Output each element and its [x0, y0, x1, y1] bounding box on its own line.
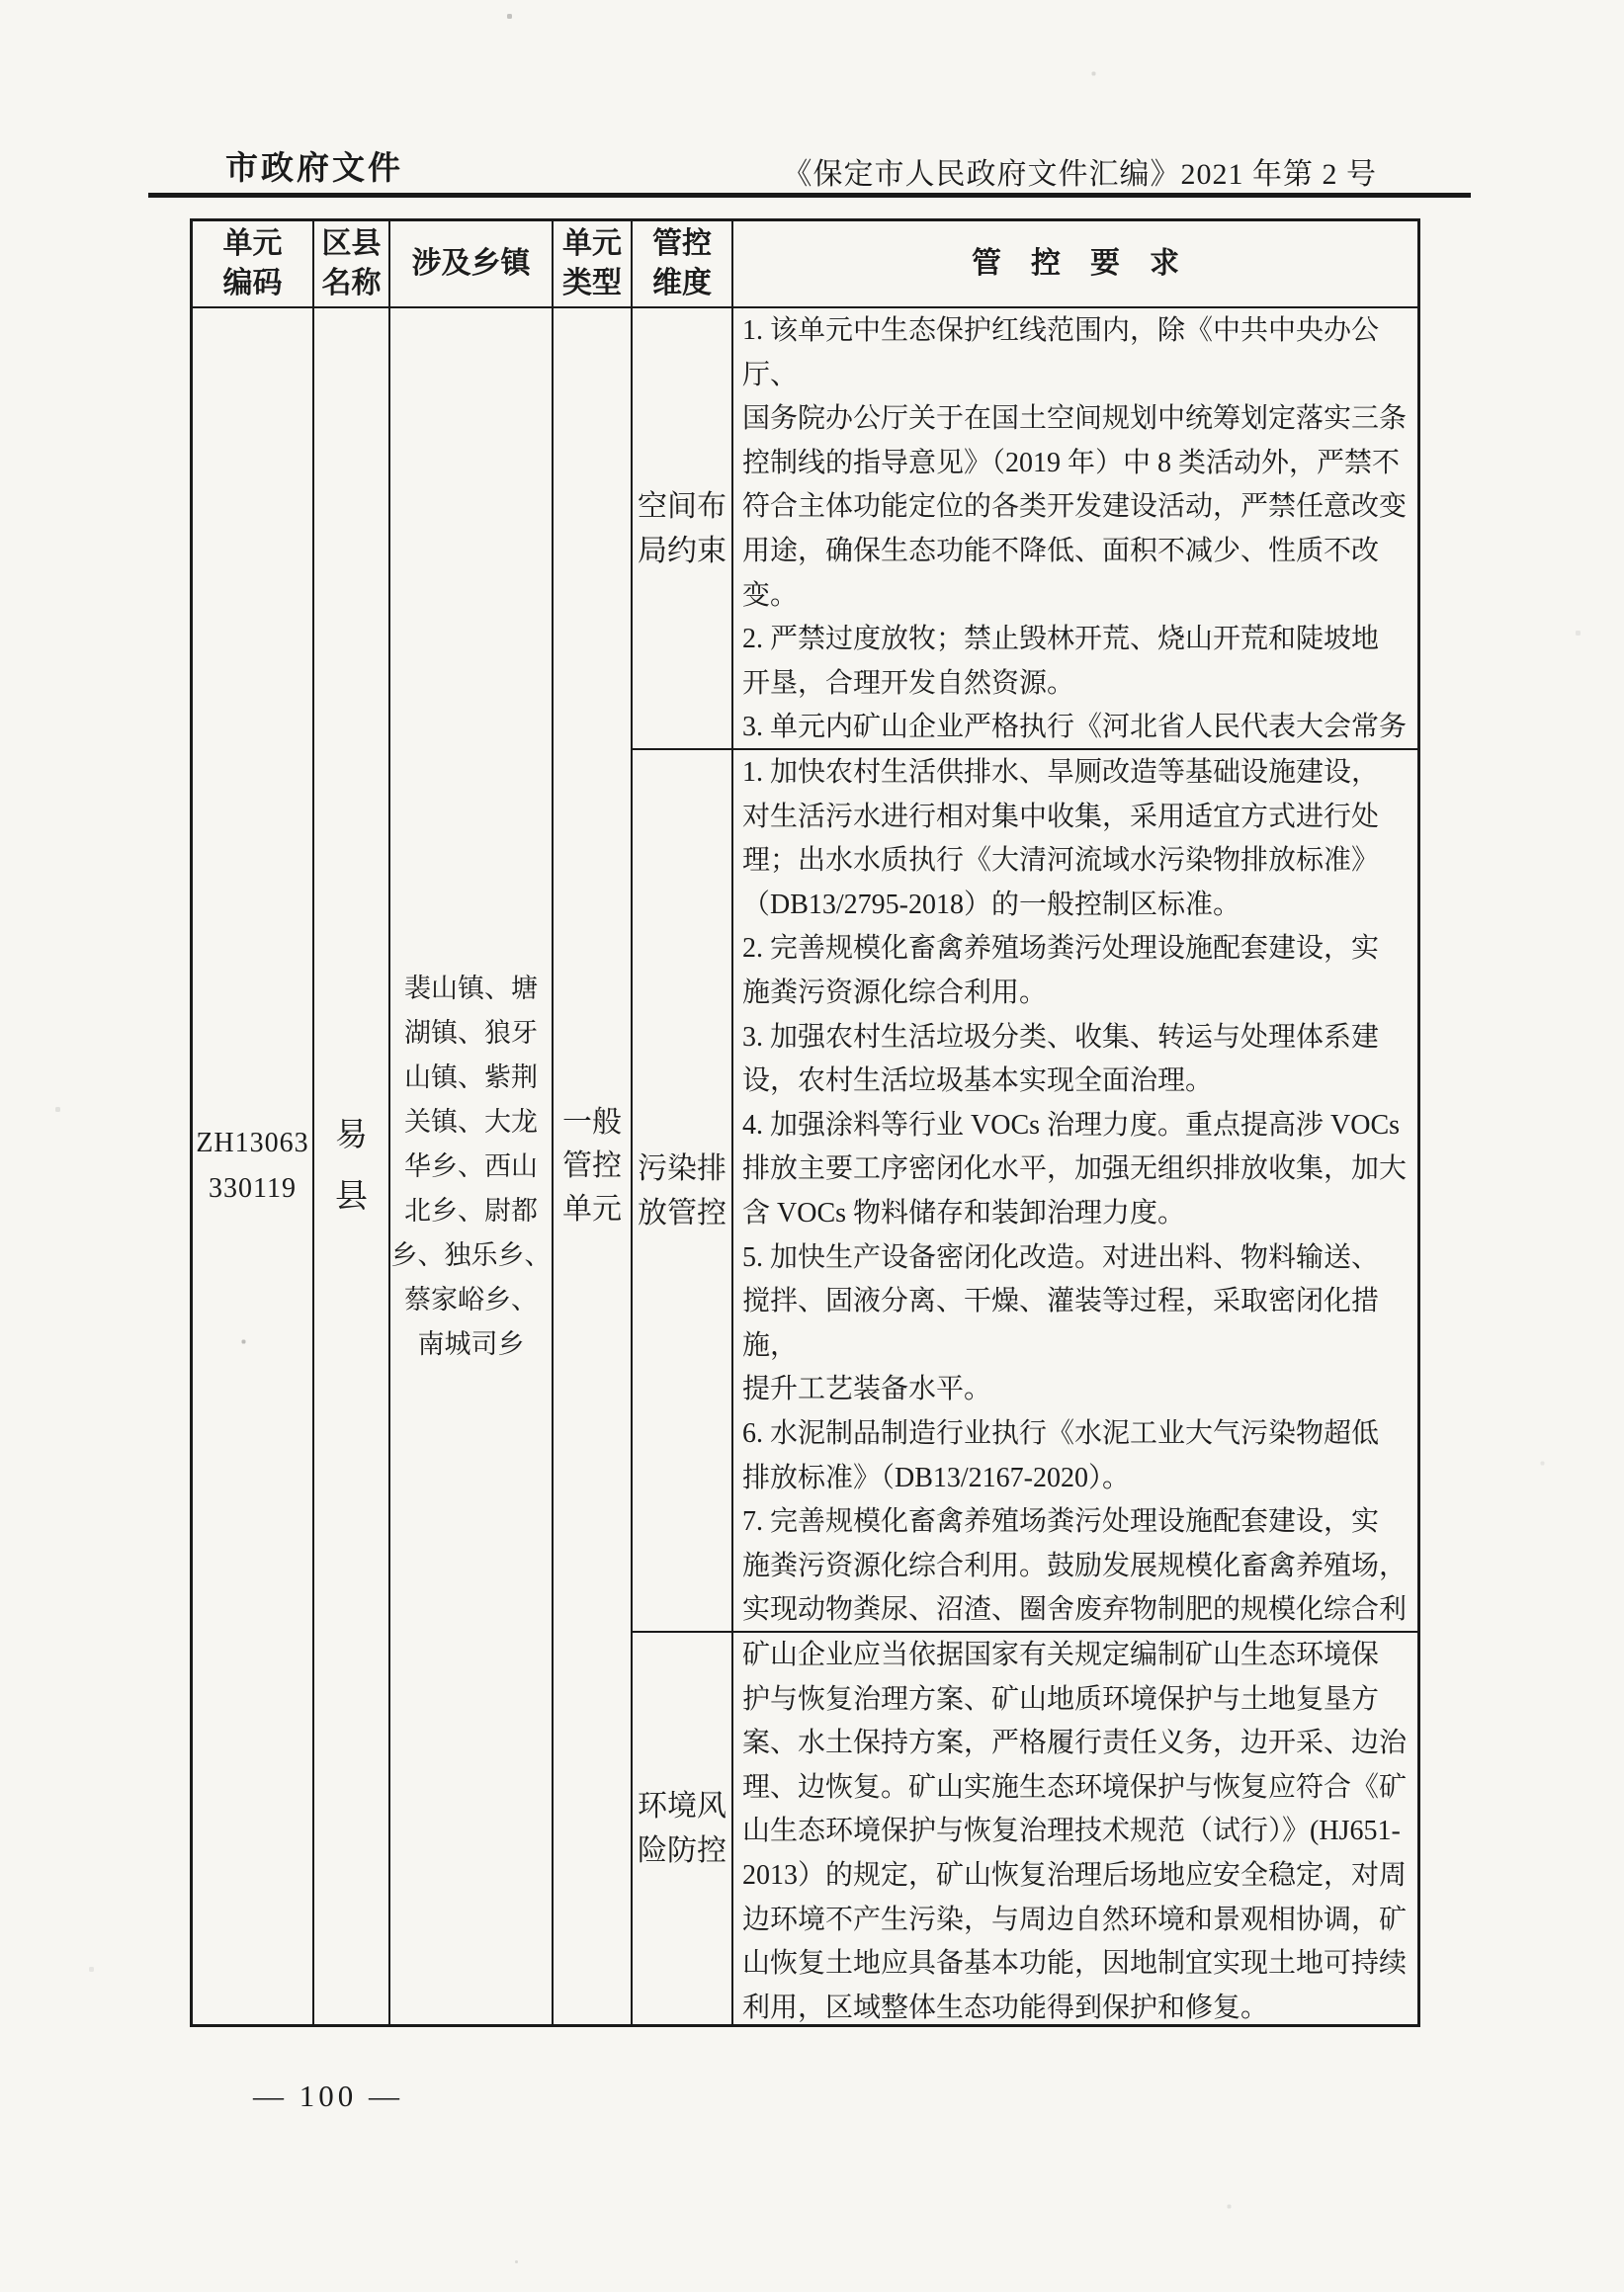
col-header-townships: 涉及乡镇: [388, 221, 552, 306]
col-header-unit-code: 单元 编码: [193, 221, 312, 306]
table-body-row: ZH13063 330119 易 县 裴山镇、塘 湖镇、狼牙 山镇、紫荆 关镇、…: [193, 308, 1417, 2024]
cell-townships: 裴山镇、塘 湖镇、狼牙 山镇、紫荆 关镇、大龙 华乡、西山 北乡、尉都 乡、独乐…: [388, 308, 552, 2024]
cell-requirements-pollution-discharge: 1. 加快农村生活供排水、旱厕改造等基础设施建设， 对生活污水进行相对集中收集，…: [733, 748, 1417, 1631]
cell-unit-type: 一般 管控 单元: [552, 308, 631, 2024]
cell-requirements-environmental-risk: 矿山企业应当依据国家有关规定编制矿山生态环境保 护与恢复治理方案、矿山地质环境保…: [733, 1631, 1417, 2024]
header-rule: [148, 193, 1471, 198]
column-control-dimension: 空间布 局约束 污染排 放管控 环境风 险防控: [631, 308, 731, 2024]
col-header-unit-type: 单元 类型: [552, 221, 631, 306]
cell-unit-code: ZH13063 330119: [193, 308, 312, 2024]
cell-dimension-environmental-risk: 环境风 险防控: [633, 1631, 731, 2024]
scan-speckles: [0, 0, 1, 1]
cell-dimension-spatial-layout: 空间布 局约束: [633, 308, 731, 748]
col-header-control-requirements: 管 控 要 求: [731, 221, 1417, 306]
footer-page-number: — 100 —: [253, 2079, 403, 2114]
header-left-title: 市政府文件: [225, 142, 403, 189]
column-control-requirements: 1. 该单元中生态保护红线范围内，除《中共中央办公厅、 国务院办公厅关于在国土空…: [731, 308, 1417, 2024]
cell-county-name: 易 县: [312, 308, 388, 2024]
document-page: 市政府文件 《保定市人民政府文件汇编》2021 年第 2 号 单元 编码 区县 …: [0, 0, 1624, 2292]
header-right-title: 《保定市人民政府文件汇编》2021 年第 2 号: [783, 149, 1378, 193]
table-header-row: 单元 编码 区县 名称 涉及乡镇 单元 类型 管控 维度 管 控 要 求: [193, 221, 1417, 308]
cell-dimension-pollution-discharge: 污染排 放管控: [633, 748, 731, 1631]
cell-requirements-spatial-layout: 1. 该单元中生态保护红线范围内，除《中共中央办公厅、 国务院办公厅关于在国土空…: [733, 308, 1417, 748]
col-header-county-name: 区县 名称: [312, 221, 388, 306]
col-header-control-dimension: 管控 维度: [631, 221, 731, 306]
control-requirements-table: 单元 编码 区县 名称 涉及乡镇 单元 类型 管控 维度 管 控 要 求 ZH1…: [190, 218, 1420, 2027]
